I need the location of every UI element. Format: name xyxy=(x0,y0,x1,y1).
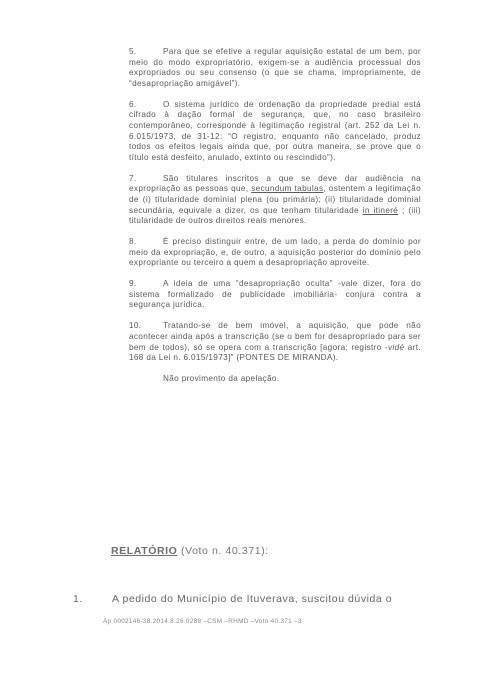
item-number: 1. xyxy=(73,593,112,605)
paragraph-number: 6. xyxy=(129,100,163,111)
item-text: A pedido do Município de Ituverava, susc… xyxy=(112,593,392,605)
paragraph-text: Tratando-se de bem imóvel, a aquisição, … xyxy=(129,321,421,351)
paragraph-5: 5.Para que se efetive a regular aquisiçã… xyxy=(129,47,421,89)
paragraph-text: O sistema jurídico de ordenação da propr… xyxy=(129,100,421,162)
paragraph-9: 9.A ideia de uma “desapropriação oculta”… xyxy=(129,279,421,311)
relatorio-title: RELATÓRIO xyxy=(111,545,177,557)
italic-term-vide: vidé xyxy=(388,343,404,352)
paragraph-number: 10. xyxy=(129,321,163,332)
paragraph-10: 10.Tratando-se de bem imóvel, a aquisiçã… xyxy=(129,321,421,363)
ementa-block: 5.Para que se efetive a regular aquisiçã… xyxy=(129,47,421,383)
page-footer: Ap 0002146-38.2014.8.26.0288 –CSM –RHMD … xyxy=(103,618,302,625)
paragraph-6: 6.O sistema jurídico de ordenação da pro… xyxy=(129,100,421,164)
paragraph-7: 7.São titulares inscritos a que se deve … xyxy=(129,174,421,227)
document-page: 5.Para que se efetive a regular aquisiçã… xyxy=(0,0,487,679)
paragraph-text: É preciso distinguir entre, de um lado, … xyxy=(129,237,421,267)
paragraph-number: 9. xyxy=(129,279,163,290)
latin-term-in-itinere: in itineré xyxy=(363,206,399,215)
relatorio-subtitle: (Voto n. 40.371): xyxy=(177,545,268,557)
paragraph-text: Para que se efetive a regular aquisição … xyxy=(129,47,421,88)
relatorio-item-1: 1.A pedido do Município de Ituverava, su… xyxy=(73,593,423,605)
paragraph-number: 7. xyxy=(129,174,163,185)
latin-term-secundum-tabulas: secundum tabulas xyxy=(251,184,323,193)
paragraph-8: 8.É preciso distinguir entre, de um lado… xyxy=(129,237,421,269)
conclusion: Não provimento da apelação. xyxy=(163,374,421,383)
relatorio-heading: RELATÓRIO (Voto n. 40.371): xyxy=(111,545,269,557)
paragraph-number: 5. xyxy=(129,47,163,58)
paragraph-number: 8. xyxy=(129,237,163,248)
paragraph-text: A ideia de uma “desapropriação oculta” -… xyxy=(129,279,421,309)
